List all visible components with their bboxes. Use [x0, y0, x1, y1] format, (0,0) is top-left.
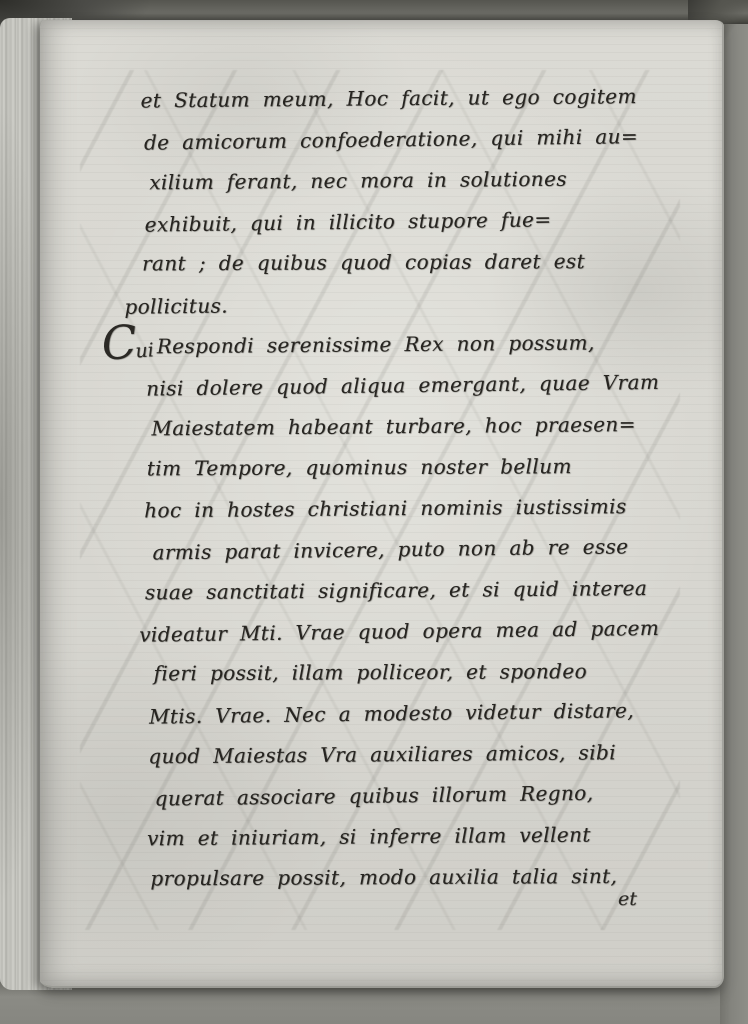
background-table-bottom — [0, 982, 748, 1024]
margin-note: Cui — [101, 330, 155, 365]
manuscript-line: Mtis. Vrae. Nec a modesto videtur distar… — [149, 689, 702, 737]
manuscript-photo: et Statum meum, Hoc facit, ut ego cogite… — [0, 0, 748, 1024]
background-right-strip — [720, 0, 748, 1024]
manuscript-line: armis parat invicere, puto non ab re ess… — [152, 525, 700, 573]
manuscript-line: de amicorum confoederatione, qui mihi au… — [144, 115, 697, 163]
manuscript-line: rant ; de quibus quod copias daret est — [142, 241, 698, 285]
manuscript-line: fieri possit, illam polliceor, et sponde… — [154, 651, 702, 695]
handwritten-text-block: et Statum meum, Hoc facit, ut ego cogite… — [140, 76, 703, 901]
manuscript-line: Maiestatem habeant turbare, hoc praesen= — [151, 404, 699, 450]
manuscript-line: nisi dolere quod aliqua emergant, quae V… — [146, 361, 699, 409]
manuscript-page: et Statum meum, Hoc facit, ut ego cogite… — [40, 20, 724, 988]
manuscript-line: videatur Mti. Vrae quod opera mea ad pac… — [139, 607, 701, 655]
manuscript-line: et Statum meum, Hoc facit, ut ego cogite… — [140, 76, 696, 122]
manuscript-line: Respondi serenissime Rex non possum, — [157, 322, 699, 368]
manuscript-line: exhibuit, qui in illicito stupore fue= — [144, 197, 697, 245]
manuscript-line: vim et iniuriam, si inferre illam vellen… — [147, 814, 703, 860]
manuscript-line: suae sanctitati significare, et si quid … — [145, 568, 701, 614]
manuscript-line: xilium ferant, nec mora in solutiones — [149, 158, 697, 204]
manuscript-line: querat associare quibus illorum Regno, — [154, 771, 702, 819]
catchword: et — [618, 888, 637, 910]
manuscript-line: hoc in hostes christiani nominis iustiss… — [144, 486, 700, 532]
manuscript-line: tim Tempore, quominus noster bellum — [147, 446, 700, 490]
manuscript-line: pollicitus. — [124, 279, 698, 328]
manuscript-line: quod Maiestas Vra auxiliares amicos, sib… — [148, 732, 702, 778]
